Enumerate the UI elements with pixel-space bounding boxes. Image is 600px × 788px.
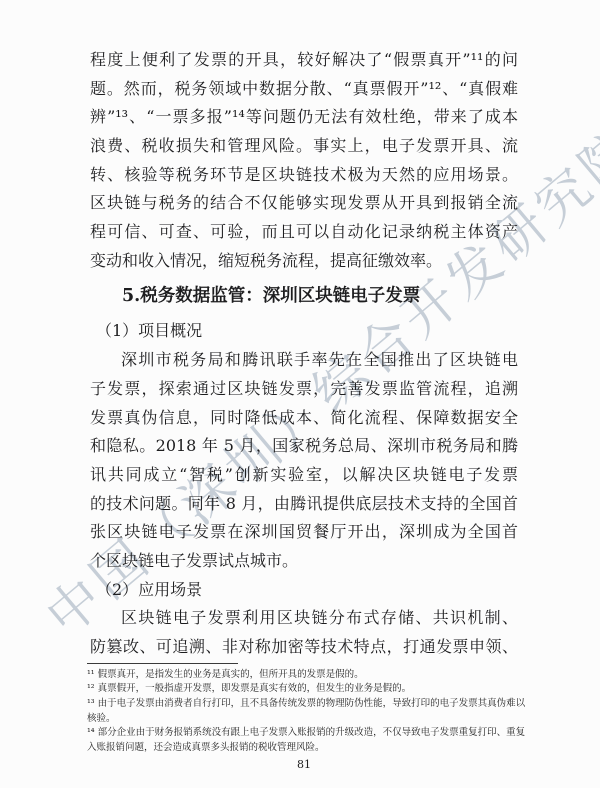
- body-text-line: 个区块链电子发票试点城市。: [90, 547, 518, 576]
- subsection-heading-2: （2）应用场景: [90, 576, 518, 605]
- body-text-line: 区块链电子发票利用区块链分布式存储、共识机制、: [90, 604, 518, 633]
- body-text-line: 防篡改、可追溯、非对称加密等技术特点，打通发票申领、: [90, 633, 518, 662]
- footnote-line: 核验。: [87, 712, 539, 727]
- document-page: 中国（深圳）综合开发研究院 程度上便利了发票的开具，较好解决了“假票真开”¹¹的…: [0, 0, 600, 788]
- body-text-line: 子发票，探索通过区块链发票，完善发票监管流程，追溯: [90, 375, 518, 404]
- body-text-line: 程可信、可查、可验，而且可以自动化记录纳税主体资产: [90, 218, 518, 247]
- body-text-line: 和隐私。2018 年 5 月，国家税务总局、深圳市税务局和腾: [90, 432, 518, 461]
- page-number: 81: [90, 758, 518, 771]
- body-text-line: 程度上便利了发票的开具，较好解决了“假票真开”¹¹的问: [90, 46, 518, 75]
- footnote-line: ¹⁴ 部分企业由于财务报销系统没有跟上电子发票入账报销的升级改造，不仅导致电子发…: [87, 726, 539, 741]
- footnote-separator: [87, 663, 238, 664]
- body-text-line: 转、核验等税务环节是区块链技术极为天然的应用场景。: [90, 161, 518, 190]
- paragraph-application-scenarios: 区块链电子发票利用区块链分布式存储、共识机制、 防篡改、可追溯、非对称加密等技术…: [90, 604, 518, 661]
- page-content: 程度上便利了发票的开具，较好解决了“假票真开”¹¹的问 题。然而，税务领域中数据…: [90, 46, 518, 771]
- body-text-line: 张区块链电子发票在深圳国贸餐厅开出，深圳成为全国首: [90, 518, 518, 547]
- body-text-line: 变动和收入情况，缩短税务流程，提高征缴效率。: [90, 247, 518, 276]
- footnote-line: ¹³ 由于电子发票由消费者自行打印，且不具备传统发票的物理防伪性能，导致打印的电…: [87, 697, 539, 712]
- footnote-line: ¹² 真票假开，一般指虚开发票，即发票是真实有效的，但发生的业务是假的。: [87, 682, 539, 697]
- body-text-line: 题。然而，税务领域中数据分散、“真票假开”¹²、“真假难: [90, 75, 518, 104]
- footnotes-block: ¹¹ 假票真开，是指发生的业务是真实的，但所开具的发票是假的。 ¹² 真票假开，…: [87, 668, 539, 756]
- paragraph-continuation: 程度上便利了发票的开具，较好解决了“假票真开”¹¹的问 题。然而，税务领域中数据…: [90, 46, 518, 276]
- body-text-line: 讯共同成立“智税”创新实验室，以解决区块链电子发票: [90, 461, 518, 490]
- body-text-line: 深圳市税务局和腾讯联手率先在全国推出了区块链电: [90, 346, 518, 375]
- subsection-heading-1: （1）项目概况: [90, 317, 518, 346]
- body-text-line: 发票真伪信息，同时降低成本、简化流程、保障数据安全: [90, 404, 518, 433]
- body-text-line: 浪费、税收损失和管理风险。事实上，电子发票开具、流: [90, 132, 518, 161]
- body-text-line: 区块链与税务的结合不仅能够实现发票从开具到报销全流: [90, 189, 518, 218]
- footnote-line: 入账报销问题，还会造成真票多头报销的税收管理风险。: [87, 741, 539, 756]
- footnote-line: ¹¹ 假票真开，是指发生的业务是真实的，但所开具的发票是假的。: [87, 668, 539, 683]
- section-heading: 5.税务数据监管：深圳区块链电子发票: [90, 284, 518, 308]
- body-text-line: 辨”¹³、“一票多报”¹⁴等问题仍无法有效杜绝，带来了成本: [90, 103, 518, 132]
- paragraph-project-overview: 深圳市税务局和腾讯联手率先在全国推出了区块链电 子发票，探索通过区块链发票，完善…: [90, 346, 518, 576]
- body-text-line: 的技术问题。同年 8 月，由腾讯提供底层技术支持的全国首: [90, 490, 518, 519]
